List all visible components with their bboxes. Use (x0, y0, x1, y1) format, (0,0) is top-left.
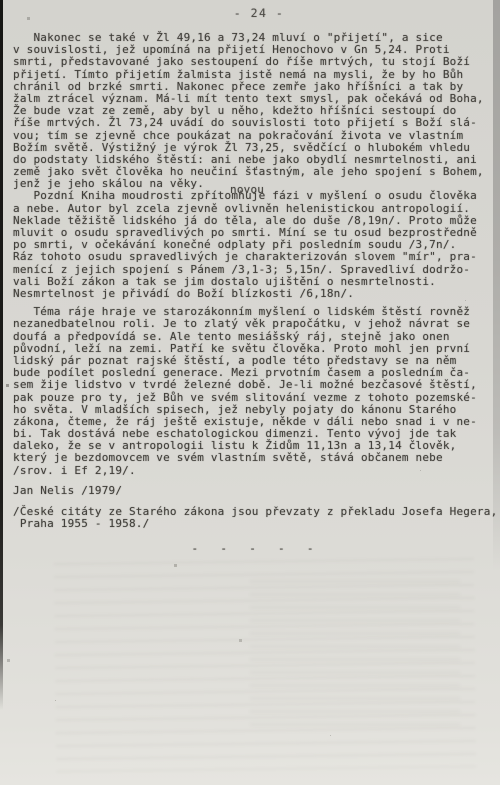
text-line: vou; tím se zjevně chce poukázat na pokr… (13, 130, 495, 142)
text-line: nezanedbatelnou roli. Je to zlatý věk pr… (13, 318, 495, 330)
text-line: smrti, představované jako sestoupení do … (13, 56, 495, 68)
text-line: a nebe. Autor byl zcela zjevně ovlivněn … (13, 203, 495, 215)
text-line: Jan Nelis /1979/ (13, 485, 495, 497)
author-signature: Jan Nelis /1979/ (13, 485, 495, 497)
document-body: Nakonec se také v Žl 49,16 a 73,24 mluví… (13, 32, 495, 555)
page-number: - 24 - (0, 6, 500, 20)
scanned-document-page: - 24 - novou Nakonec se také v Žl 49,16 … (0, 0, 500, 785)
text-line: přijetí. Tímto přijetím žalmista jistě n… (13, 69, 495, 81)
bleed-through-texture (250, 580, 460, 730)
text-line: Nesmrtelnost je přivádí do Boží blízkost… (13, 288, 495, 300)
text-line: Praha 1955 - 1958./ (13, 518, 495, 530)
text-line: který je bezdomovcem ve svém vlastním sv… (13, 452, 495, 464)
scan-edge-left (0, 0, 3, 710)
paragraph-2: Pozdní Kniha moudrosti zpřítomňuje fázi … (13, 190, 495, 300)
text-line: pak pouze pro ty, jež Bůh ve svém slitov… (13, 392, 495, 404)
paragraph-3: Téma ráje hraje ve starozákonním myšlení… (13, 306, 495, 477)
end-divider: - - - - - (13, 543, 495, 555)
text-line: - - - - - (13, 543, 495, 555)
text-line: /srov. i Ef 2,19/. (13, 465, 495, 477)
source-citation: /České citáty ze Starého zákona jsou pře… (13, 506, 495, 530)
text-line: říše mrtvých. Žl 73,24 uvádí do souvislo… (13, 117, 495, 129)
paragraph-1: Nakonec se také v Žl 49,16 a 73,24 mluví… (13, 32, 495, 190)
text-line: Ráz tohoto osudu spravedlivých je charak… (13, 251, 495, 263)
text-line: menící z jejich spojení s Pánem /3,1-3; … (13, 264, 495, 276)
text-line: doufá a předpovídá se. Ale tento mesiášs… (13, 331, 495, 343)
text-line: sem žije lidstvo v tvrdé železné době. J… (13, 379, 495, 391)
text-line: Pozdní Kniha moudrosti zpřítomňuje fázi … (13, 190, 495, 202)
scan-noise-specks (0, 0, 1, 1)
